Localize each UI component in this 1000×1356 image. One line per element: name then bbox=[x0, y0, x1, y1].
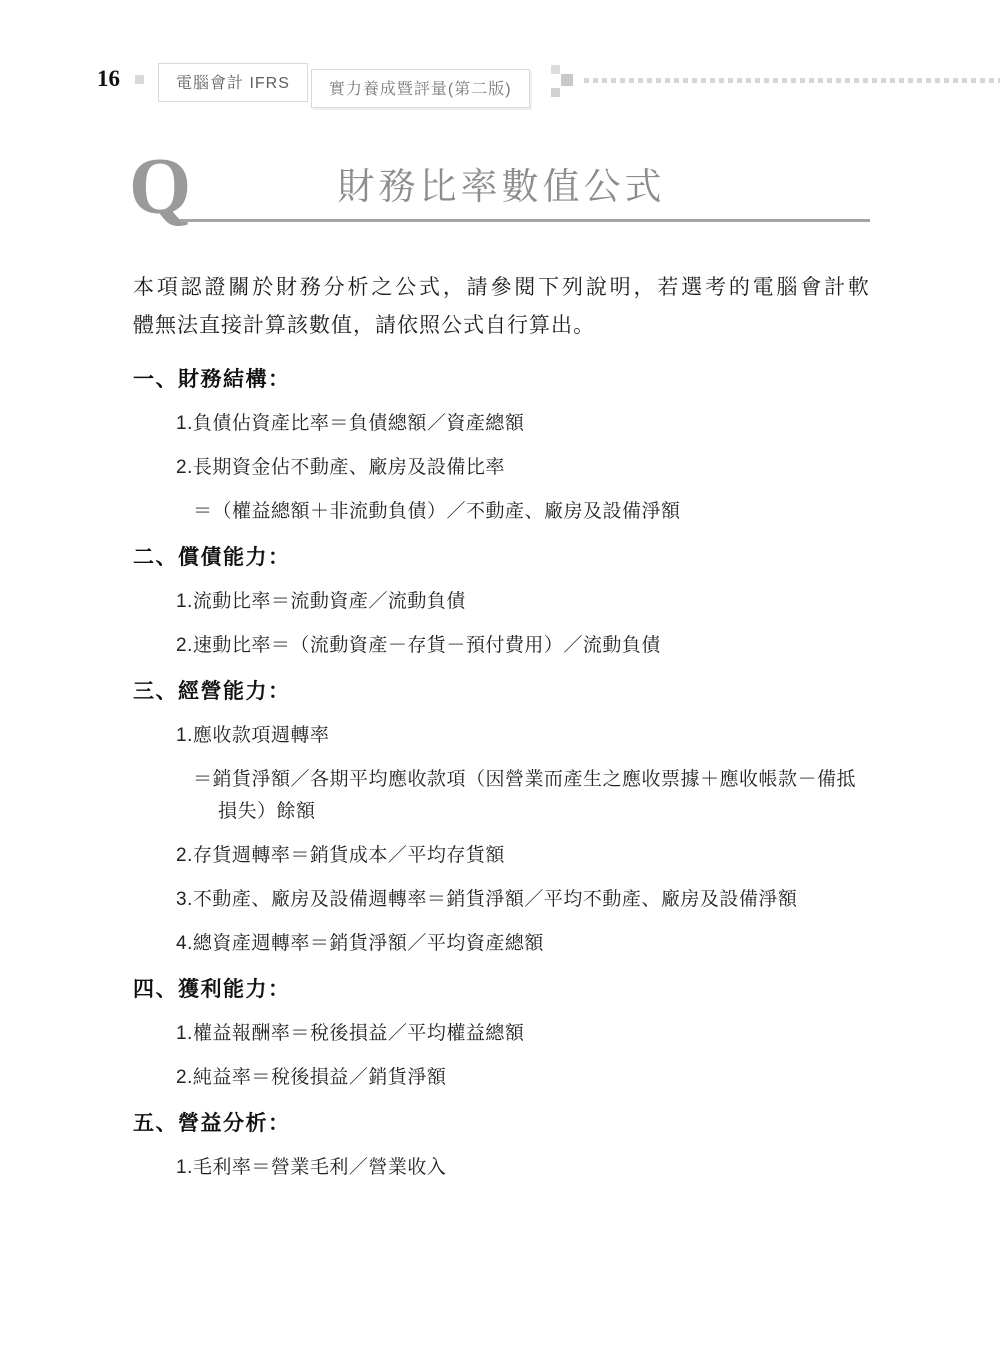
intro-paragraph: 本項認證關於財務分析之公式，請參閱下列說明，若選考的電腦會計軟 體無法直接計算該… bbox=[133, 269, 870, 345]
formula-line: 3.不動產、廠房及設備週轉率＝銷貨淨額／平均不動產、廠房及設備淨額 bbox=[133, 889, 870, 911]
formula-line: 1.權益報酬率＝稅後損益／平均權益總額 bbox=[133, 1023, 870, 1045]
section-heading: 四、獲利能力： bbox=[133, 979, 870, 1001]
chapter-title-block: Q 財務比率數值公式 bbox=[133, 158, 870, 222]
formula-line: 2.長期資金佔不動產、廠房及設備比率 bbox=[133, 457, 870, 479]
section-heading: 一、財務結構： bbox=[133, 369, 870, 391]
formula-line: 2.速動比率＝（流動資產－存貨－預付費用）／流動負債 bbox=[133, 635, 870, 657]
section: 四、獲利能力：1.權益報酬率＝稅後損益／平均權益總額2.純益率＝稅後損益／銷貨淨… bbox=[133, 979, 870, 1089]
section-heading: 五、營益分析： bbox=[133, 1113, 870, 1135]
title-underline bbox=[180, 219, 870, 222]
formula-continuation: ＝（權益總額＋非流動負債）／不動產、廠房及設備淨額 bbox=[133, 501, 870, 523]
section: 一、財務結構：1.負債佔資產比率＝負債總額／資產總額2.長期資金佔不動產、廠房及… bbox=[133, 369, 870, 523]
page-number: 16 bbox=[97, 66, 120, 92]
formula-line: 2.存貨週轉率＝銷貨成本／平均存貨額 bbox=[133, 845, 870, 867]
section-heading: 三、經營能力： bbox=[133, 681, 870, 703]
formula-continuation: 損失）餘額 bbox=[133, 801, 870, 823]
intro-line: 體無法直接計算該數值，請依照公式自行算出。 bbox=[133, 307, 870, 345]
formula-line: 1.應收款項週轉率 bbox=[133, 725, 870, 747]
formula-line: 1.流動比率＝流動資產／流動負債 bbox=[133, 591, 870, 613]
q-logo-icon: Q bbox=[129, 154, 191, 220]
section: 二、償債能力：1.流動比率＝流動資產／流動負債2.速動比率＝（流動資產－存貨－預… bbox=[133, 547, 870, 657]
main-content: Q 財務比率數值公式 本項認證關於財務分析之公式，請參閱下列說明，若選考的電腦會… bbox=[133, 0, 870, 1179]
formula-line: 2.純益率＝稅後損益／銷貨淨額 bbox=[133, 1067, 870, 1089]
formula-line: 1.負債佔資產比率＝負債總額／資產總額 bbox=[133, 413, 870, 435]
formula-line: 4.總資產週轉率＝銷貨淨額／平均資產總額 bbox=[133, 933, 870, 955]
section-heading: 二、償債能力： bbox=[133, 547, 870, 569]
intro-line: 本項認證關於財務分析之公式，請參閱下列說明，若選考的電腦會計軟 bbox=[133, 269, 870, 307]
formula-line: 1.毛利率＝營業毛利／營業收入 bbox=[133, 1157, 870, 1179]
page-title: 財務比率數值公式 bbox=[133, 158, 870, 212]
section: 三、經營能力：1.應收款項週轉率＝銷貨淨額／各期平均應收款項（因營業而產生之應收… bbox=[133, 681, 870, 955]
formula-continuation: ＝銷貨淨額／各期平均應收款項（因營業而產生之應收票據＋應收帳款－備抵 bbox=[133, 769, 870, 791]
section: 五、營益分析：1.毛利率＝營業毛利／營業收入 bbox=[133, 1113, 870, 1179]
book-page: 16 電腦會計 IFRS 實力養成暨評量(第二版) Q 財務比率數值公式 本項認… bbox=[0, 0, 1000, 1356]
sections: 一、財務結構：1.負債佔資產比率＝負債總額／資產總額2.長期資金佔不動產、廠房及… bbox=[133, 369, 870, 1179]
